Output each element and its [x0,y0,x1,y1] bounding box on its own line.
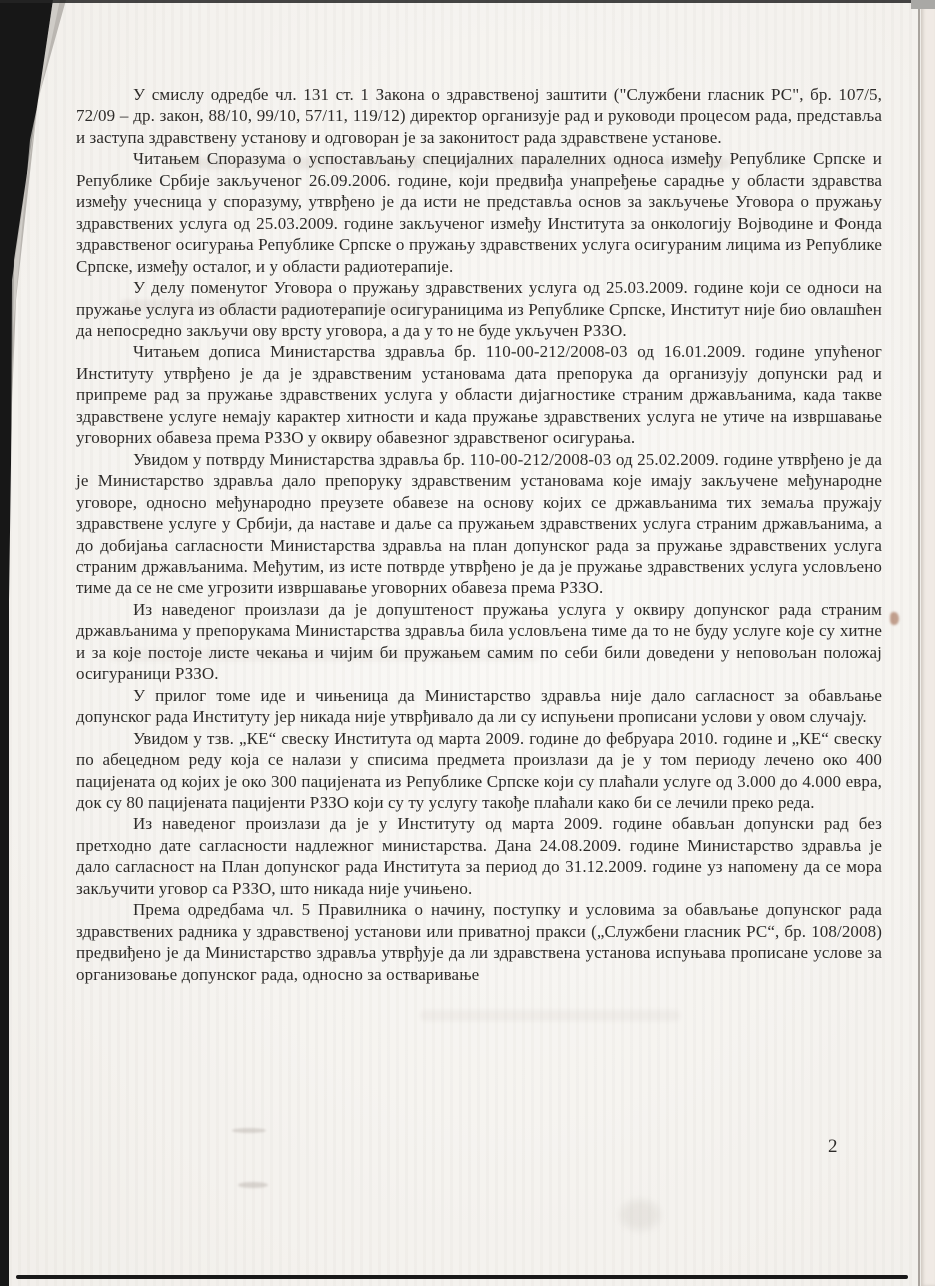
bleed-through-artifact [420,1010,680,1021]
paragraph-no-consent: У прилог томе иде и чињеница да Министар… [76,685,882,728]
paragraph-law-directive: У смислу одредбе чл. 131 ст. 1 Закона о … [76,84,882,148]
top-scan-edge-line [0,0,912,3]
right-page-fold-line [918,6,920,1286]
right-page-margin-strip [921,0,935,1286]
page-number: 2 [828,1136,838,1158]
ink-stain [890,612,899,625]
paragraph-conclusion-services: Из наведеног произлази да је допуштеност… [76,599,882,685]
paragraph-ke-notebook: Увидом у тзв. „КЕ“ свеску Института од м… [76,728,882,814]
paragraph-ministry-letter: Читањем дописа Министарства здравља бр. … [76,341,882,448]
document-text-block: У смислу одредбе чл. 131 ст. 1 Закона о … [76,84,882,985]
scanned-document-page: У смислу одредбе чл. 131 ст. 1 Закона о … [0,0,935,1286]
paragraph-supplementary-work: Из наведеног произлази да је у Институту… [76,813,882,899]
paragraph-ministry-certificate: Увидом у потврду Министарства здравља бр… [76,449,882,599]
paragraph-rulebook-article5: Према одредбама чл. 5 Правилника о начин… [76,899,882,985]
top-right-corner-tab [911,0,935,9]
pencil-smudge [238,1182,268,1188]
paragraph-contract-section: У делу поменутог Уговора о пружању здрав… [76,277,882,341]
pencil-smudge [232,1128,266,1133]
paper-stain [620,1200,660,1230]
paragraph-agreement-reading: Читањем Споразума о успостављању специја… [76,148,882,277]
bottom-scan-edge-line [16,1275,908,1279]
